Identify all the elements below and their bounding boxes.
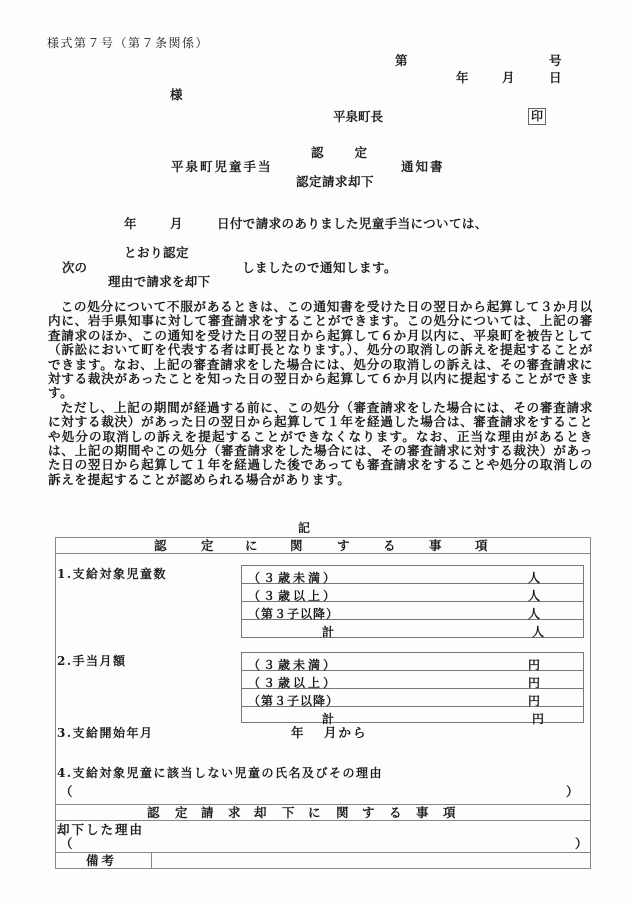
header-char: 定: [201, 540, 214, 553]
header-char: る: [383, 540, 396, 553]
header-char: に: [308, 807, 321, 820]
header-char: 関: [336, 807, 349, 820]
title-prefix: 平泉町児童手当: [171, 161, 273, 174]
doc-number-suffix: 号: [549, 55, 562, 68]
item1-label: 1.支給対象児童数: [57, 568, 167, 580]
date-year: 年: [456, 72, 469, 85]
item4-close-paren: ）: [566, 786, 579, 799]
header-char: 事: [416, 807, 429, 820]
form-number: 様式第７号（第７条関係）: [47, 37, 209, 49]
header-char: す: [362, 807, 375, 820]
header-char: 請: [201, 807, 214, 820]
item3-year: 年: [291, 727, 304, 740]
divider: [55, 804, 591, 805]
row-unit: 円: [532, 710, 544, 727]
header-char: 関: [290, 540, 303, 553]
title-option-approve: 認 定: [311, 147, 369, 160]
title-suffix: 通知書: [401, 161, 445, 174]
rejection-reason-close-paren: ）: [575, 838, 588, 851]
row-unit: 人: [532, 623, 544, 640]
rejection-reason-label: 却下した理由: [57, 824, 144, 837]
monthly-amount-table: （３歳未満） 円 （３歳以上） 円 （第３子以降） 円 計 円: [241, 652, 584, 723]
header-char: 事: [429, 540, 442, 553]
date-day: 日: [549, 72, 562, 85]
rejection-reason-open-paren: （: [60, 838, 73, 851]
item3-label: 3.支給開始年月: [57, 727, 154, 739]
remarks-label: 備考: [86, 855, 117, 868]
header-char: 却: [254, 807, 267, 820]
addressee-suffix: 様: [170, 89, 183, 102]
intro-option-reject: 理由で請求を却下: [108, 276, 210, 289]
intro-line2: しましたので通知します。: [242, 262, 397, 275]
intro-next-prefix: 次の: [62, 262, 87, 275]
remarks-field[interactable]: [153, 853, 589, 868]
row-label: 計: [322, 623, 337, 640]
header-char: 認: [154, 540, 167, 553]
header-char: に: [245, 540, 258, 553]
header-char: 求: [228, 807, 241, 820]
divider: [55, 553, 591, 554]
intro-year: 年: [124, 218, 137, 231]
monthly-amount-row: （３歳未満） 円: [242, 653, 583, 671]
header-char: 定: [175, 807, 188, 820]
header-char: る: [389, 807, 402, 820]
item2-label: 2.手当月額: [57, 655, 127, 667]
header-char: 項: [443, 807, 456, 820]
issuer-name: 平泉町長: [333, 111, 383, 124]
item3-month-from: 月から: [324, 727, 368, 740]
child-count-table: （３歳未満） 人 （３歳以上） 人 （第３子以降） 人 計 人: [241, 565, 584, 638]
header-char: 項: [475, 540, 488, 553]
item4-label: 4.支給対象児童に該当しない児童の氏名及びその理由: [57, 767, 383, 779]
intro-option-approve: とおり認定: [124, 247, 189, 260]
divider: [55, 820, 591, 821]
child-count-row: （３歳以上） 人: [242, 584, 583, 602]
child-count-row: （第３子以降） 人: [242, 602, 583, 620]
header-char: 下: [282, 807, 295, 820]
item4-open-paren: （: [60, 786, 73, 799]
date-month: 月: [502, 72, 515, 85]
intro-month: 月: [170, 218, 183, 231]
seal-stamp: 印: [528, 108, 546, 125]
intro-line1: 日付で請求のありました児童手当については、: [217, 218, 488, 231]
child-count-total-row: 計 人: [242, 620, 583, 638]
header-char: 認: [147, 807, 160, 820]
header-char: す: [337, 540, 350, 553]
child-count-row: （３歳未満） 人: [242, 566, 583, 584]
ki-heading: 記: [298, 522, 310, 534]
appeal-notice-paragraph-2: ただし、上記の期間が経過する前に、この処分（審査請求をした場合には、その審査請求…: [48, 401, 593, 487]
title-option-reject: 認定請求却下: [296, 176, 374, 189]
monthly-amount-row: （３歳以上） 円: [242, 671, 583, 689]
divider: [151, 852, 152, 868]
monthly-amount-row: （第３子以降） 円: [242, 689, 583, 707]
appeal-notice: この処分について不服があるときは、この通知書を受けた日の翌日から起算して３か月以…: [48, 300, 593, 487]
appeal-notice-paragraph-1: この処分について不服があるときは、この通知書を受けた日の翌日から起算して３か月以…: [48, 300, 593, 401]
monthly-amount-total-row: 計 円: [242, 707, 583, 725]
doc-number-prefix: 第: [395, 55, 408, 68]
